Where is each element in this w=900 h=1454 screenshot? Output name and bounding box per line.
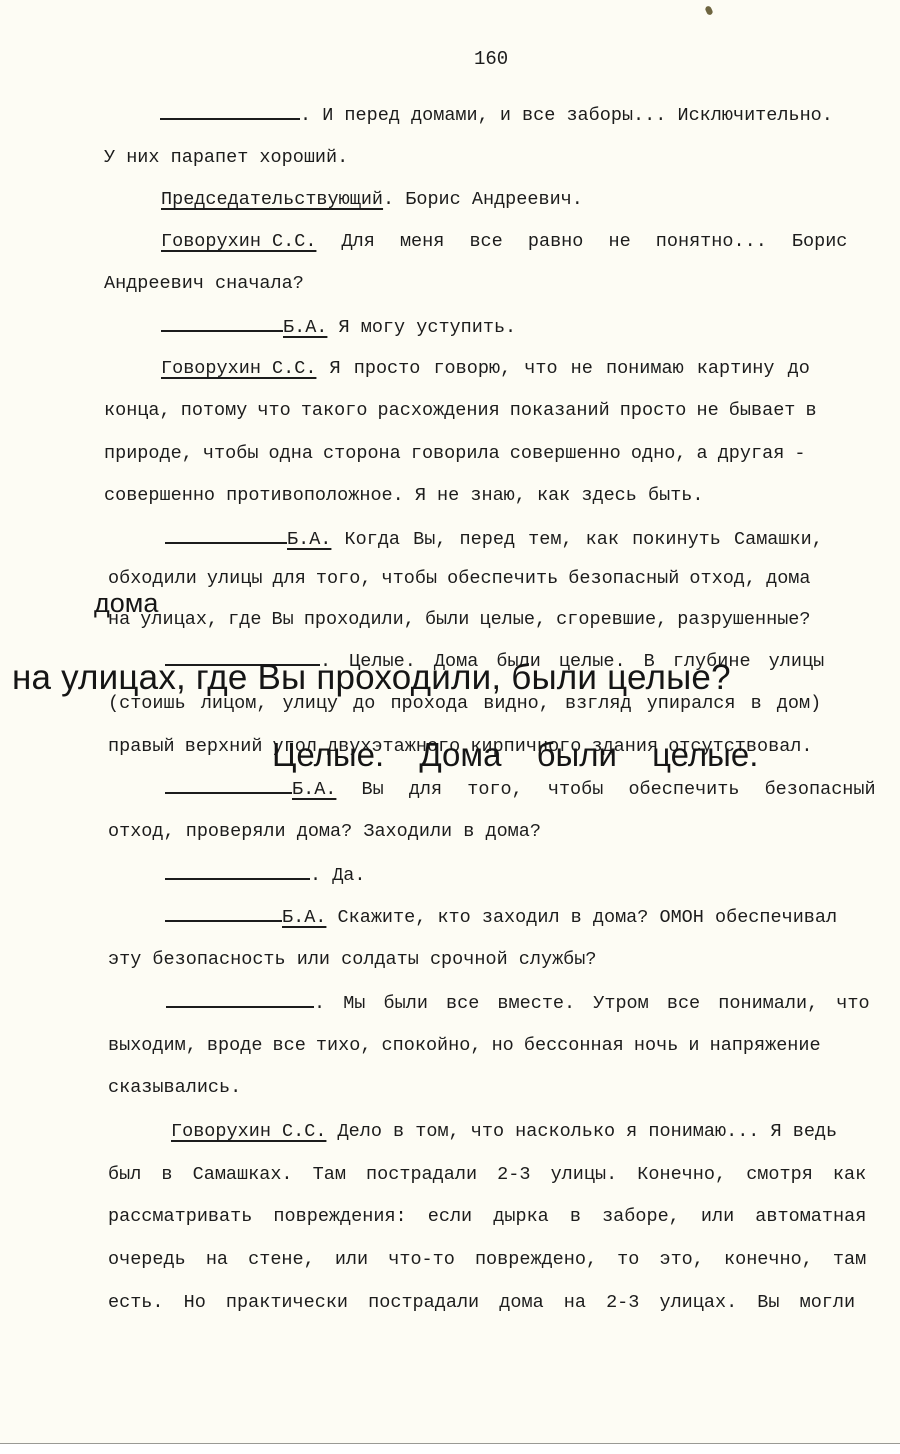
text-line: совершенно противоположное. Я не знаю, к…: [104, 485, 704, 507]
text-line: . Мы были все вместе. Утром все понимали…: [166, 992, 870, 1015]
speaker-label: Б.А.: [283, 317, 327, 338]
text-line: конца, потому что такого расхождения пок…: [104, 400, 817, 422]
text-line: Б.А. Я могу уступить.: [161, 316, 516, 339]
speaker-label: Говорухин С.С.: [161, 358, 316, 379]
paper-speck: [704, 5, 713, 16]
text-line: очередь на стене, или что-то повреждено,…: [108, 1249, 866, 1271]
text-line: Говорухин С.С. Дело в том, что насколько…: [171, 1121, 837, 1143]
overlay-line-question: на улицах, где Вы проходили, были целые?: [12, 660, 731, 695]
text-line: Б.А. Скажите, кто заходил в дома? ОМОН о…: [165, 906, 837, 929]
redacted-name-blank: [166, 992, 314, 1008]
redacted-name-blank: [161, 316, 283, 332]
text-line: У них парапет хороший.: [104, 147, 348, 169]
redacted-name-blank: [165, 528, 287, 544]
text-line: есть. Но практически пострадали дома на …: [108, 1292, 855, 1314]
text-line: сказывались.: [108, 1077, 241, 1099]
text-line: природе, чтобы одна сторона говорила сов…: [104, 443, 806, 465]
overlay-word: дома: [94, 590, 158, 617]
text-line: был в Самашках. Там пострадали 2-3 улицы…: [108, 1164, 866, 1186]
text-line: . И перед домами, и все заборы... Исключ…: [160, 104, 866, 127]
text-line: рассматривать повреждения: если дырка в …: [108, 1206, 866, 1228]
text-line: на улицах, где Вы проходили, были целые,…: [108, 609, 811, 631]
speaker-label: Говорухин С.С.: [161, 231, 316, 252]
text-line: Б.А. Вы для того, чтобы обеспечить безоп…: [165, 778, 876, 801]
text-line: Председательствующий. Борис Андреевич.: [161, 189, 583, 211]
text-line: . Да.: [165, 864, 366, 887]
text-line: Б.А. Когда Вы, перед тем, как покинуть С…: [165, 528, 823, 551]
page-number: 160: [474, 48, 508, 70]
redacted-name-blank: [160, 104, 300, 120]
page-margin: [0, 1444, 900, 1454]
text-line: отход, проверяли дома? Заходили в дома?: [108, 821, 541, 843]
text-line: эту безопасность или солдаты срочной слу…: [108, 949, 596, 971]
text-line: выходим, вроде все тихо, спокойно, но бе…: [108, 1035, 821, 1057]
text-line: Андреевич сначала?: [104, 273, 304, 295]
redacted-name-blank: [165, 864, 310, 880]
speaker-label: Б.А.: [292, 779, 336, 800]
speaker-label: Председательствующий: [161, 189, 383, 210]
speaker-label: Говорухин С.С.: [171, 1121, 326, 1142]
text-line: Говорухин С.С. Я просто говорю, что не п…: [161, 358, 810, 380]
overlay-line-answer: Целые. Дома были целые.: [272, 738, 758, 771]
text-line: обходили улицы для того, чтобы обеспечит…: [108, 568, 811, 590]
text-line: Говорухин С.С. Для меня все равно не пон…: [161, 231, 847, 253]
speaker-label: Б.А.: [282, 907, 326, 928]
speaker-label: Б.А.: [287, 529, 331, 550]
redacted-name-blank: [165, 778, 292, 794]
document-page: 160 . И перед домами, и все заборы... Ис…: [0, 0, 900, 1454]
redacted-name-blank: [165, 906, 282, 922]
